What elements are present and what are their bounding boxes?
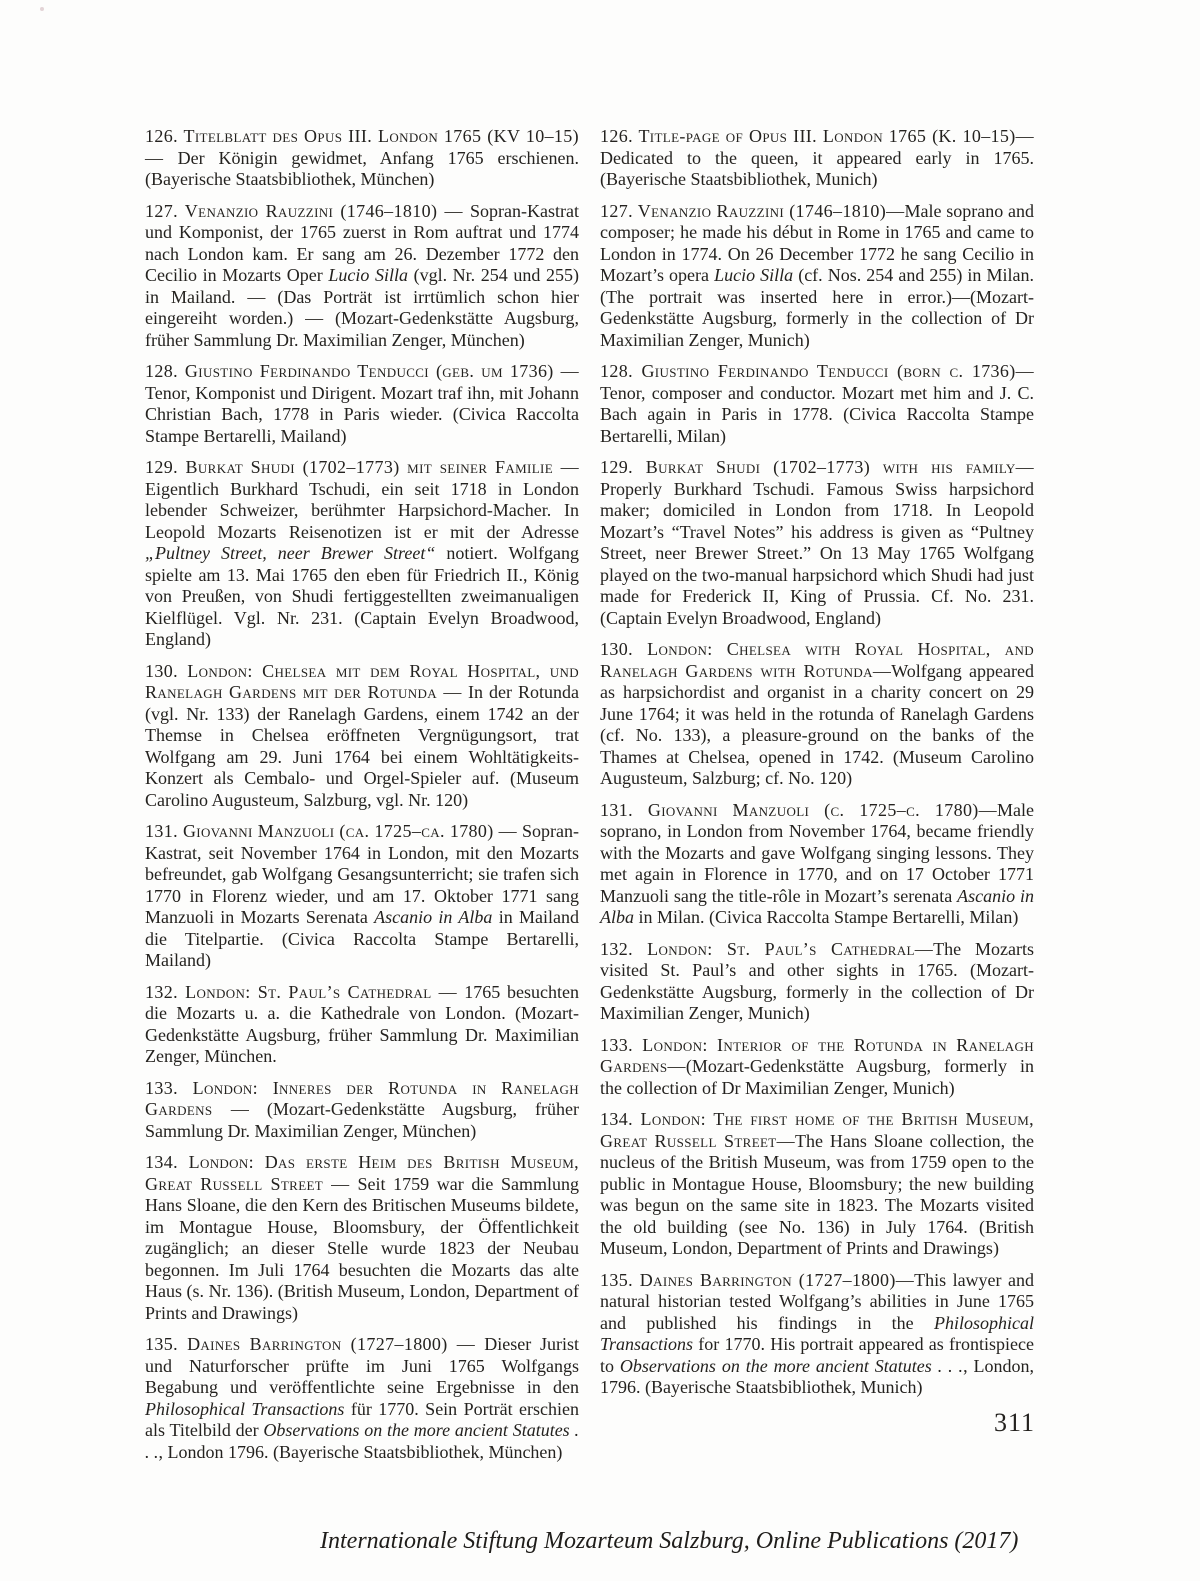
entry-131-en: 131. Giovanni Manzuoli (c. 1725–c. 1780)…: [600, 800, 1034, 929]
entry-126-en: 126. Title-page of Opus III. London 1765…: [600, 126, 1034, 191]
page-number: 311: [960, 1408, 1035, 1438]
entry-130-en: 130. London: Chelsea with Royal Hospital…: [600, 639, 1034, 790]
page: 126. Titelblatt des Opus III. London 176…: [0, 0, 1200, 1581]
entry-134-de: 134. London: Das erste Heim des British …: [145, 1152, 579, 1324]
entry-127-en: 127. Venanzio Rauzzini (1746–1810)—Male …: [600, 201, 1034, 352]
entry-132-en: 132. London: St. Paul’s Cathedral—The Mo…: [600, 939, 1034, 1025]
entry-133-en: 133. London: Interior of the Rotunda in …: [600, 1035, 1034, 1100]
entry-135-en: 135. Daines Barrington (1727–1800)—This …: [600, 1270, 1034, 1399]
entry-135-de: 135. Daines Barrington (1727–1800) — Die…: [145, 1334, 579, 1463]
entry-126-de: 126. Titelblatt des Opus III. London 176…: [145, 126, 579, 191]
entry-128-en: 128. Giustino Ferdinando Tenducci (born …: [600, 361, 1034, 447]
text-block: 126. Titelblatt des Opus III. London 176…: [145, 126, 1035, 1473]
entry-129-de: 129. Burkat Shudi (1702–1773) mit seiner…: [145, 457, 579, 651]
entry-128-de: 128. Giustino Ferdinando Tenducci (geb. …: [145, 361, 579, 447]
right-column-english: 126. Title-page of Opus III. London 1765…: [600, 126, 1034, 1473]
entry-132-de: 132. London: St. Paul’s Cathedral — 1765…: [145, 982, 579, 1068]
entry-134-en: 134. London: The first home of the Briti…: [600, 1109, 1034, 1260]
entry-127-de: 127. Venanzio Rauzzini (1746–1810) — Sop…: [145, 201, 579, 352]
entry-133-de: 133. London: Inneres der Rotunda in Rane…: [145, 1078, 579, 1143]
left-column-german: 126. Titelblatt des Opus III. London 176…: [145, 126, 579, 1473]
scan-artifact: [40, 7, 44, 11]
entry-129-en: 129. Burkat Shudi (1702–1773) with his f…: [600, 457, 1034, 629]
entry-131-de: 131. Giovanni Manzuoli (ca. 1725–ca. 178…: [145, 821, 579, 972]
footer-credit: Internationale Stiftung Mozarteum Salzbu…: [320, 1528, 1018, 1555]
entry-130-de: 130. London: Chelsea mit dem Royal Hospi…: [145, 661, 579, 812]
